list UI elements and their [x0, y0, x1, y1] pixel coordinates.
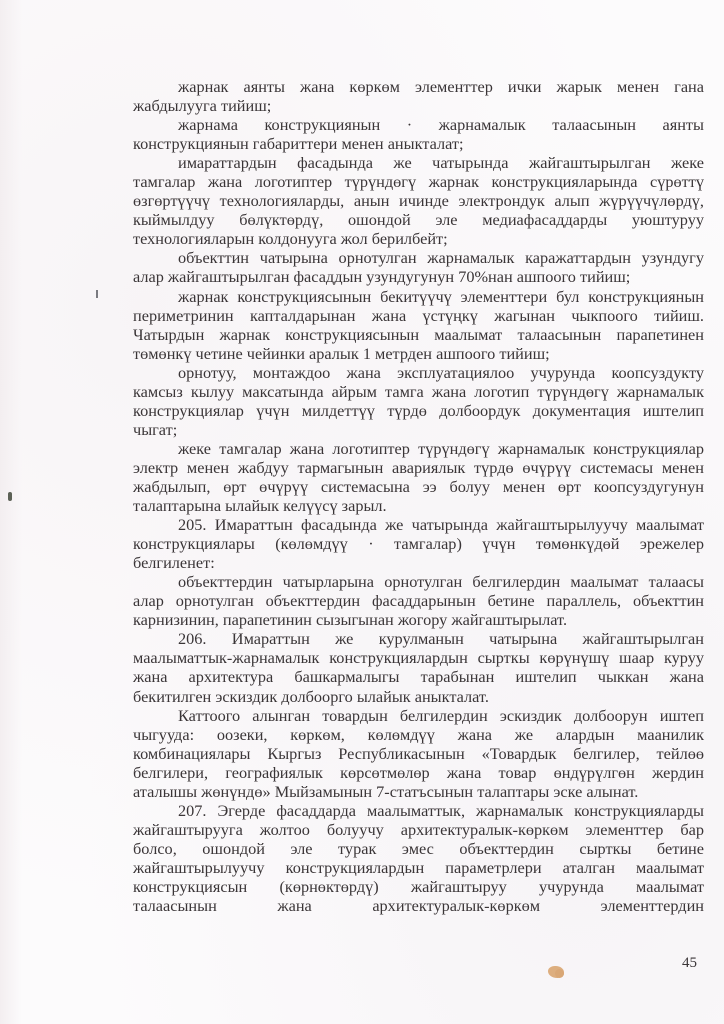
paragraph-p9: объекттердин чатырларына орнотулган белг… — [133, 572, 704, 629]
text-line: белгиленет: — [133, 553, 704, 572]
text-line: жана архитектура башкармалыгы тарабынан … — [133, 667, 704, 686]
text-line: 206. Имараттын же курулманын чатырына жа… — [133, 629, 704, 648]
paragraph-p12: 207. Эгерде фасаддарда маалыматтык, жарн… — [133, 801, 704, 915]
scanned-page: жарнак аянты жана көркөм элементтер ички… — [0, 0, 724, 1024]
paragraph-p8: 205. Имараттын фасадында же чатырында жа… — [133, 515, 704, 572]
text-line: объекттин чатырына орнотулган жарнамалык… — [133, 248, 704, 267]
paragraph-p6: орнотуу, монтаждоо жана эксплуатациялоо … — [133, 363, 704, 439]
text-line: объекттердин чатырларына орнотулган белг… — [133, 572, 704, 591]
text-line: 207. Эгерде фасаддарда маалыматтык, жарн… — [133, 801, 704, 820]
paragraph-p3: имараттардын фасадында же чатырында жайг… — [133, 153, 704, 248]
text-line: камсыз кылуу максатында айрым тамга жана… — [133, 382, 704, 401]
text-line: конструкциялары (көлөмдүү · тамгалар) үч… — [133, 534, 704, 553]
text-line: тамгалар жана логотиптер түрүндөгү жарна… — [133, 172, 704, 191]
paragraph-p7: жеке тамгалар жана логотиптер түрүндөгү … — [133, 439, 704, 515]
text-line: электр менен жабдуу тармагынын авариялык… — [133, 458, 704, 477]
text-line: Чатырдын жарнак конструкциясынын маалыма… — [133, 325, 704, 344]
text-line: белгилери, географиялык көрсөтмөлөр жана… — [133, 763, 704, 782]
text-line: жабдылып, өрт өчүрүү системасына ээ болу… — [133, 477, 704, 496]
text-line: кыймылдуу бөлүктөрдү, ошондой эле медиаф… — [133, 210, 704, 229]
text-line: талаасынын жана архитектуралык-көркөм эл… — [133, 896, 704, 915]
text-line: комбинациялары Кыргыз Республикасынын «Т… — [133, 744, 704, 763]
scan-speck — [96, 290, 98, 298]
text-line: орнотуу, монтаждоо жана эксплуатациялоо … — [133, 363, 704, 382]
text-line: 205. Имараттын фасадында же чатырында жа… — [133, 515, 704, 534]
text-line: алар орнотулган объекттердин фасаддарыны… — [133, 591, 704, 610]
text-line: конструкциянын габариттери менен аныктал… — [133, 134, 704, 153]
text-line: жарнак аянты жана көркөм элементтер ички… — [133, 77, 704, 96]
text-line: конструкциясын (көрнөктөрдү) жайгаштыруу… — [133, 877, 704, 896]
text-line: чыгууда: оозеки, көркөм, көлөмдүү жана ж… — [133, 725, 704, 744]
text-line: жайгаштырылуучу конструкциялардын параме… — [133, 858, 704, 877]
text-line: жабдылууга тийиш; — [133, 96, 704, 115]
text-line: болсо, ошондой эле турак эмес объекттерд… — [133, 839, 704, 858]
paragraph-p2: жарнама конструкциянын · жарнамалык тала… — [133, 115, 704, 153]
text-line: өзгөртүүчү технологияларды, анын ичинде … — [133, 191, 704, 210]
text-line: технологияларын колдонууга жол берилбейт… — [133, 229, 704, 248]
paragraph-p11: Каттоого алынган товардын белгилердин эс… — [133, 706, 704, 801]
page-edge-shadow — [0, 0, 22, 1024]
text-line: чыгат; — [133, 420, 704, 439]
text-line: аталышы жөнүндө» Мыйзамынын 7-статъсынын… — [133, 782, 704, 801]
page-number: 45 — [682, 955, 697, 972]
text-line: периметринин капталдарынан жана үстүңкү … — [133, 306, 704, 325]
paragraph-p5: жарнак конструкциясынын бекитүүчү элемен… — [133, 287, 704, 363]
text-line: жеке тамгалар жана логотиптер түрүндөгү … — [133, 439, 704, 458]
paragraph-p4: объекттин чатырына орнотулган жарнамалык… — [133, 248, 704, 286]
text-line: Каттоого алынган товардын белгилердин эс… — [133, 706, 704, 725]
text-line: жайгаштырууга жолтоо болуучу архитектура… — [133, 820, 704, 839]
paragraph-p1: жарнак аянты жана көркөм элементтер ички… — [133, 77, 704, 115]
text-line: конструкциялар үчүн милдеттүү түрдө долб… — [133, 401, 704, 420]
paper-stain — [548, 966, 564, 978]
text-line: карнизинин, парапетинин сызыгынан жогору… — [133, 610, 704, 629]
text-line: имараттардын фасадында же чатырында жайг… — [133, 153, 704, 172]
text-line: маалыматтык-жарнамалык конструкциялардын… — [133, 648, 704, 667]
paragraph-p10: 206. Имараттын же курулманын чатырына жа… — [133, 629, 704, 705]
text-line: жарнак конструкциясынын бекитүүчү элемен… — [133, 287, 704, 306]
text-line: төмөнкү четине чейинки аралык 1 метрден … — [133, 344, 704, 363]
text-line: алар жайгаштырылган фасаддын узундугунун… — [133, 267, 704, 286]
scan-mark — [8, 492, 12, 501]
text-line: жарнама конструкциянын · жарнамалык тала… — [133, 115, 704, 134]
document-body: жарнак аянты жана көркөм элементтер ички… — [133, 77, 704, 915]
text-line: бекитилген эскиздик долбоорго ылайык аны… — [133, 687, 704, 706]
text-line: талаптарына ылайык келүүсү зарыл. — [133, 496, 704, 515]
